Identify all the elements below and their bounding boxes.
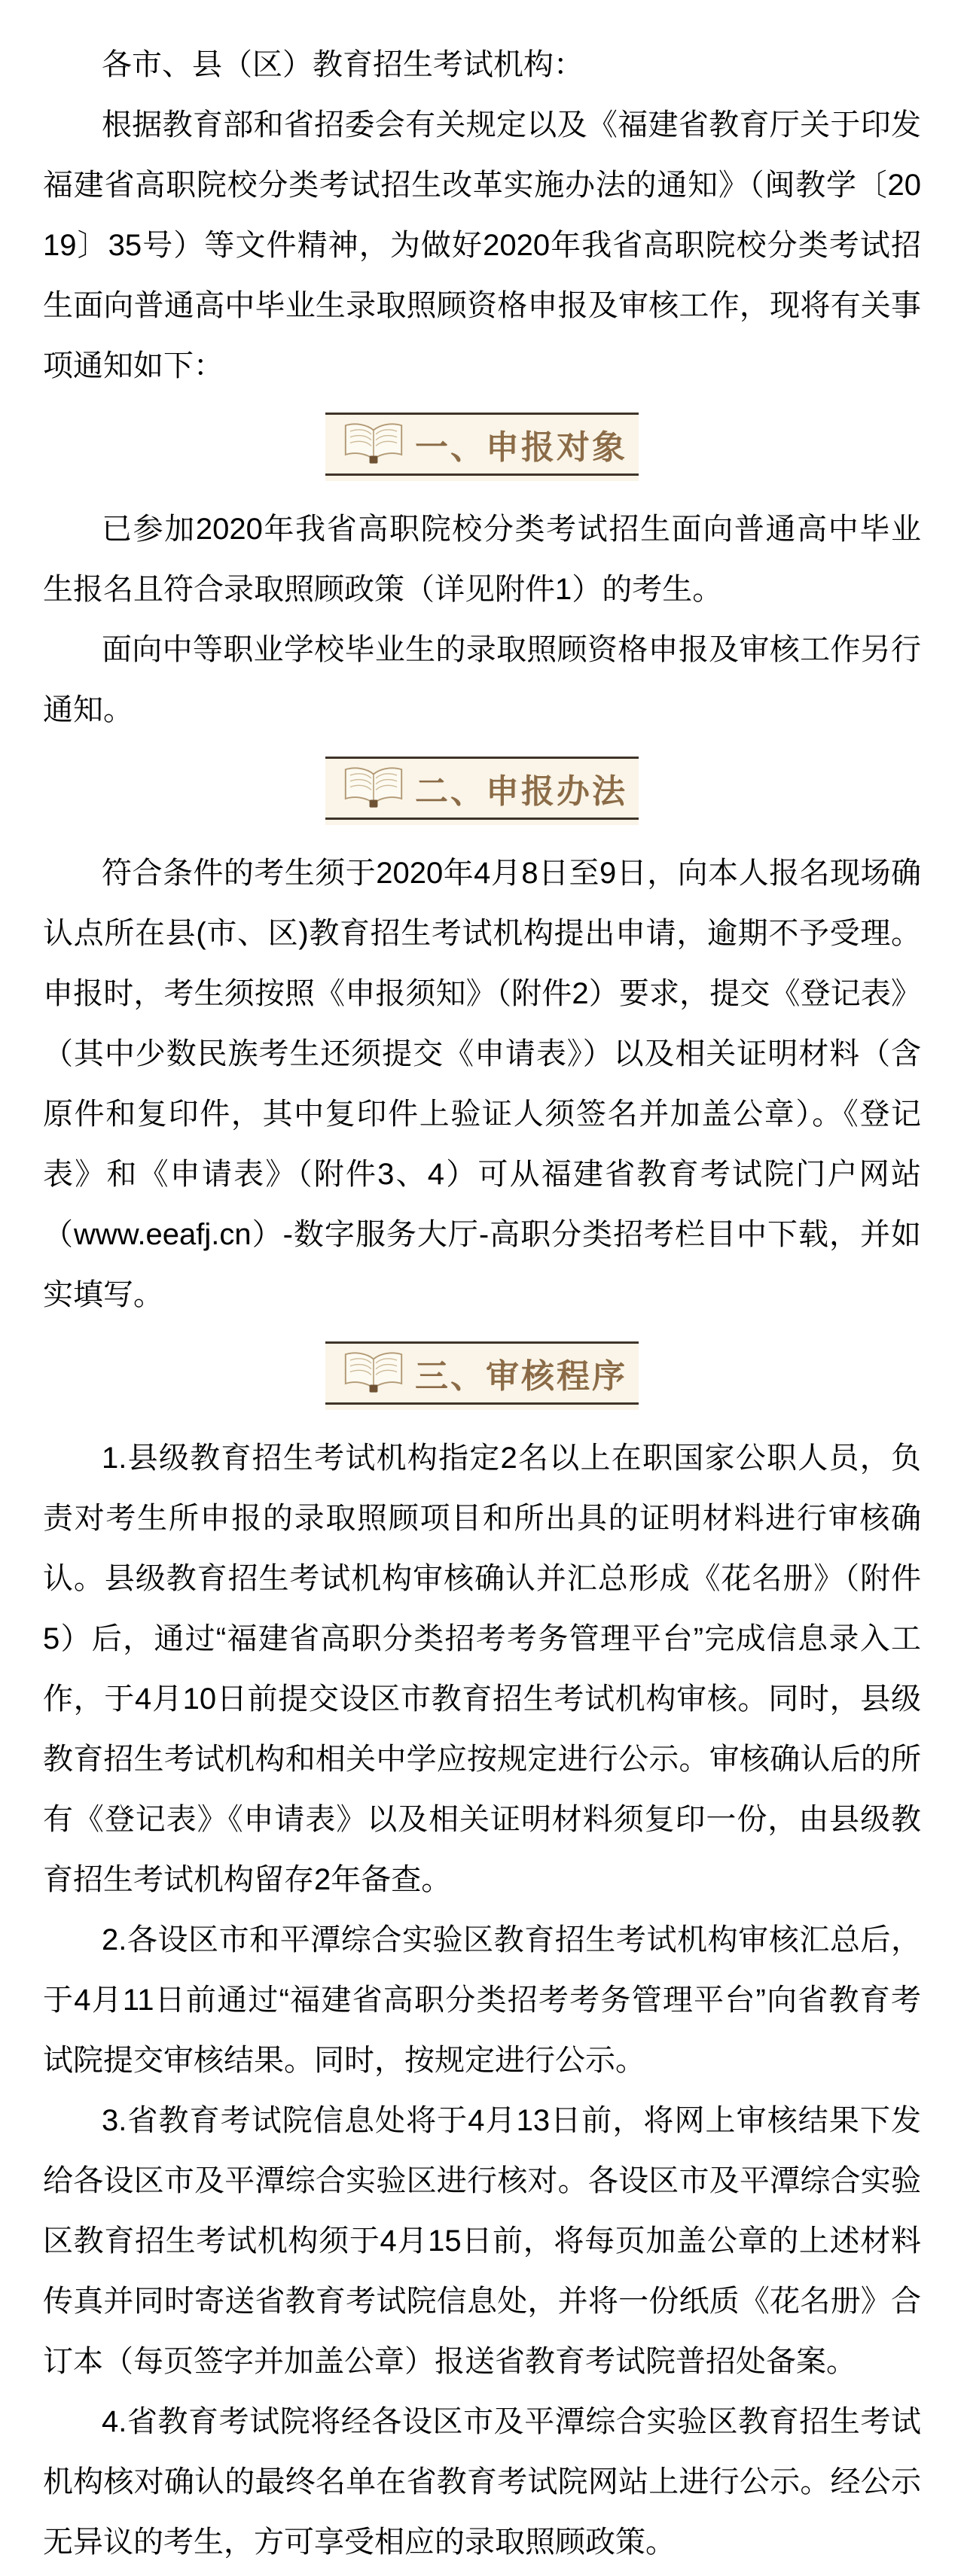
section-header-2: 二、申报办法 (325, 757, 639, 825)
section-header-1: 一、申报对象 (325, 413, 639, 481)
section-header-2-inner: 二、申报办法 (325, 757, 639, 820)
paragraph: 4.省教育考试院将经各设区市及平潭综合实验区教育招生考试机构核对确认的最终名单在… (43, 2392, 921, 2572)
open-book-icon (337, 421, 410, 467)
section-header-3-inner: 三、审核程序 (325, 1341, 639, 1405)
paragraph: 1.县级教育招生考试机构指定2名以上在职国家公职人员，负责对考生所申报的录取照顾… (43, 1428, 921, 1910)
section-header-1-inner: 一、申报对象 (325, 413, 639, 476)
intro-paragraph: 根据教育部和省招委会有关规定以及《福建省教育厅关于印发福建省高职院校分类考试招生… (43, 95, 921, 396)
section-title: 一、申报对象 (415, 420, 627, 468)
paragraph: 已参加2020年我省高职院校分类考试招生面向普通高中毕业生报名且符合录取照顾政策… (43, 499, 921, 620)
paragraph: 3.省教育考试院信息处将于4月13日前，将网上审核结果下发给各设区市及平潭综合实… (43, 2090, 921, 2392)
section-title: 二、申报办法 (415, 764, 627, 812)
salutation: 各市、县（区）教育招生考试机构： (43, 35, 921, 95)
paragraph: 符合条件的考生须于2020年4月8日至9日，向本人报名现场确认点所在县(市、区)… (43, 843, 921, 1325)
paragraph: 2.各设区市和平潭综合实验区教育招生考试机构审核汇总后，于4月11日前通过“福建… (43, 1910, 921, 2090)
open-book-icon (337, 765, 410, 811)
section-title: 三、审核程序 (415, 1349, 627, 1397)
section-header-3: 三、审核程序 (325, 1341, 639, 1410)
notice-document-page: 各市、县（区）教育招生考试机构： 根据教育部和省招委会有关规定以及《福建省教育厅… (0, 0, 964, 2576)
open-book-icon (337, 1350, 410, 1396)
paragraph: 面向中等职业学校毕业生的录取照顾资格申报及审核工作另行通知。 (43, 620, 921, 740)
